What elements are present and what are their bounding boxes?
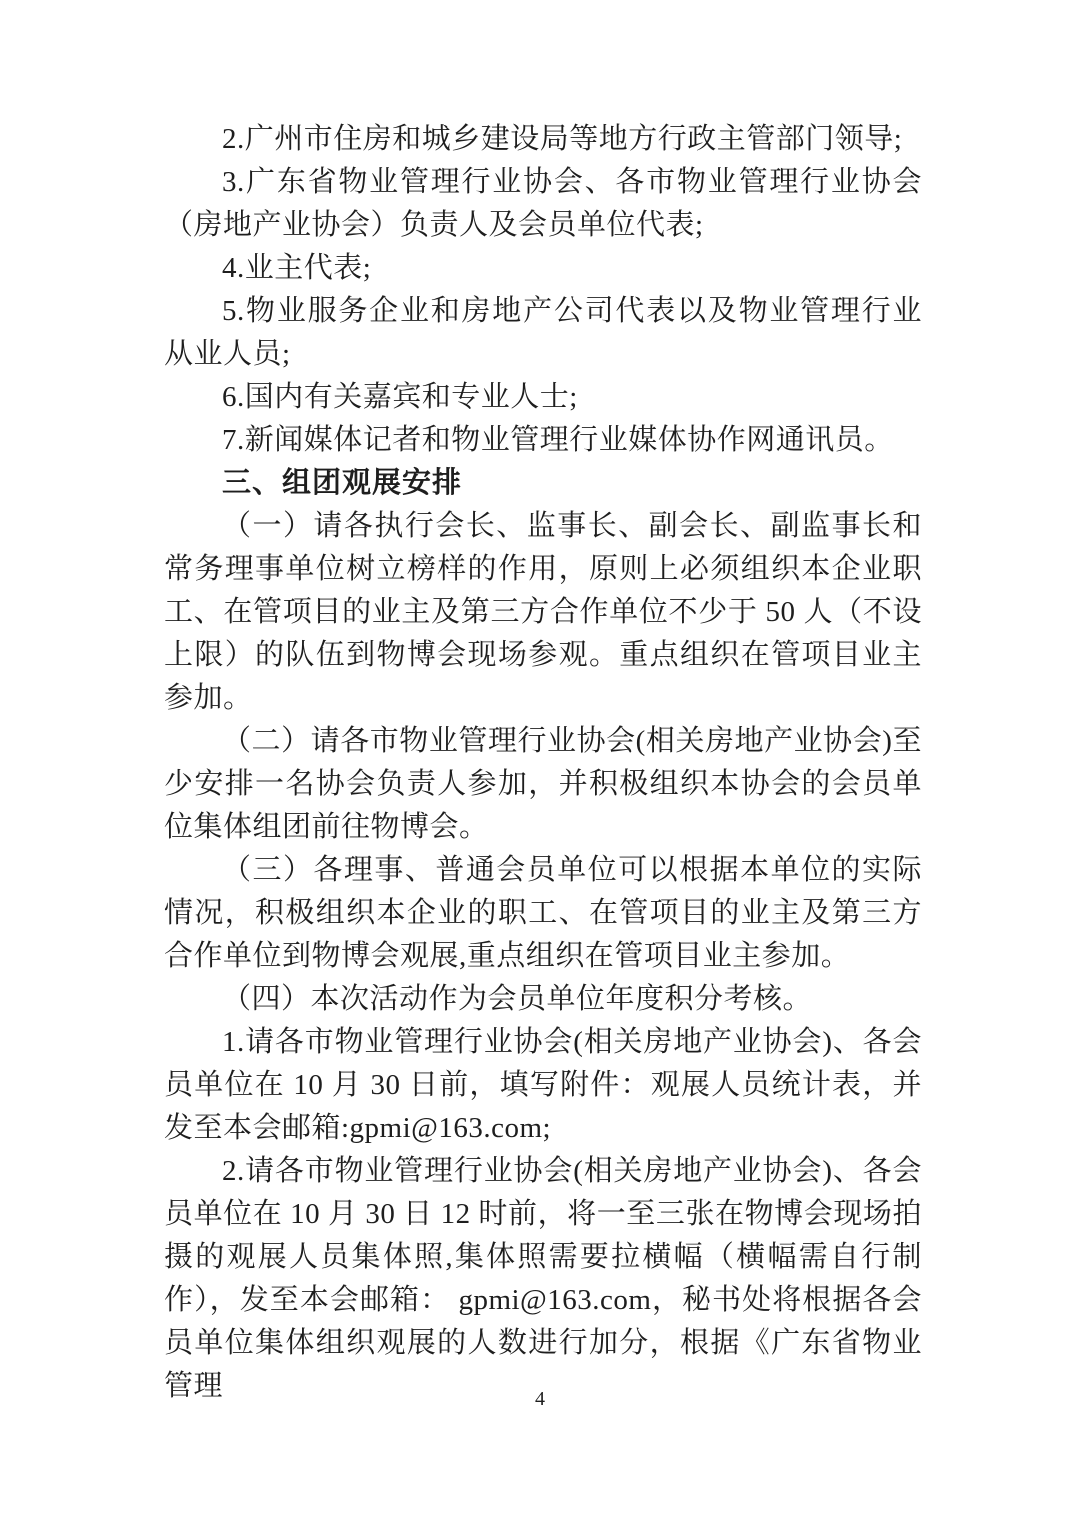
paragraph-clause-4-item-2: 2.请各市物业管理行业协会(相关房地产业协会)、各会员单位在 10 月 30 日… (164, 1150, 922, 1408)
paragraph-clause-4: （四）本次活动作为会员单位年度积分考核。 (164, 978, 922, 1021)
document-body: 2.广州市住房和城乡建设局等地方行政主管部门领导; 3.广东省物业管理行业协会、… (164, 118, 922, 1408)
paragraph-clause-2: （二）请各市物业管理行业协会(相关房地产业协会)至少安排一名协会负责人参加，并积… (164, 720, 922, 849)
page-number: 4 (0, 1388, 1080, 1411)
paragraph-list-item-5: 5.物业服务企业和房地产公司代表以及物业管理行业从业人员; (164, 290, 922, 376)
document-page: 2.广州市住房和城乡建设局等地方行政主管部门领导; 3.广东省物业管理行业协会、… (0, 0, 1080, 1526)
paragraph-clause-3: （三）各理事、普通会员单位可以根据本单位的实际情况，积极组织本企业的职工、在管项… (164, 849, 922, 978)
paragraph-clause-1: （一）请各执行会长、监事长、副会长、副监事长和常务理事单位树立榜样的作用，原则上… (164, 505, 922, 720)
paragraph-clause-4-item-1: 1.请各市物业管理行业协会(相关房地产业协会)、各会员单位在 10 月 30 日… (164, 1021, 922, 1150)
paragraph-list-item-4: 4.业主代表; (164, 247, 922, 290)
section-heading: 三、组团观展安排 (164, 462, 922, 505)
paragraph-list-item-6: 6.国内有关嘉宾和专业人士; (164, 376, 922, 419)
paragraph-list-item-2: 2.广州市住房和城乡建设局等地方行政主管部门领导; (164, 118, 922, 161)
paragraph-list-item-7: 7.新闻媒体记者和物业管理行业媒体协作网通讯员。 (164, 419, 922, 462)
paragraph-list-item-3: 3.广东省物业管理行业协会、各市物业管理行业协会（房地产业协会）负责人及会员单位… (164, 161, 922, 247)
